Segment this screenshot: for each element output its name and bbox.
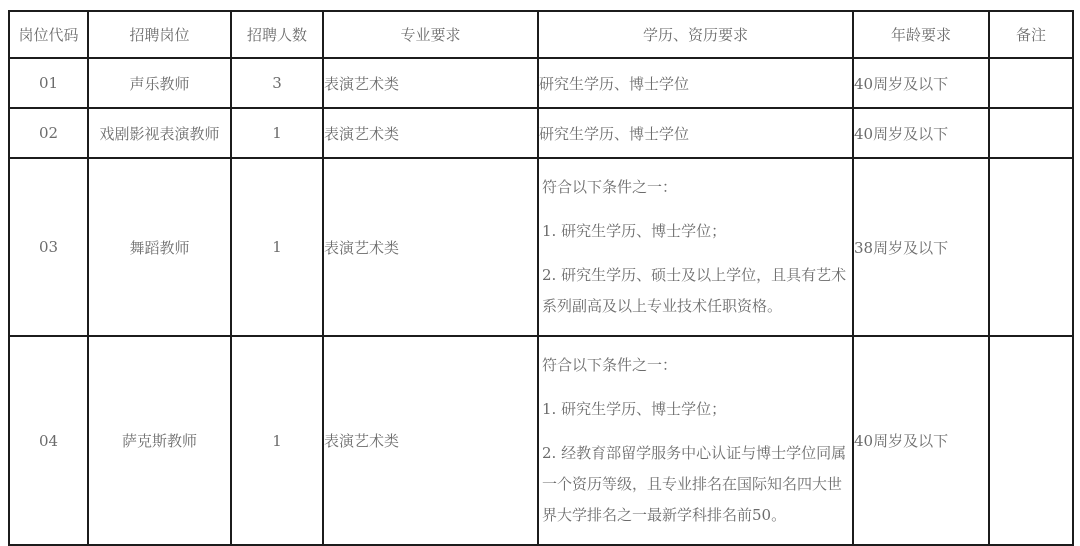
header-cell-position: 招聘岗位 bbox=[88, 11, 231, 58]
cell-major: 表演艺术类 bbox=[323, 108, 538, 158]
cell-qualification: 符合以下条件之一： 1. 研究生学历、博士学位； 2. 经教育部留学服务中心认证… bbox=[538, 336, 853, 540]
cell-age: 38周岁及以下 bbox=[853, 158, 989, 336]
cell-code: 02 bbox=[9, 108, 88, 158]
table-row: 01 声乐教师 3 表演艺术类 研究生学历、博士学位 40周岁及以下 bbox=[9, 58, 1073, 108]
cell-position: 戏剧影视表演教师 bbox=[88, 108, 231, 158]
recruitment-table-container: 岗位代码 招聘岗位 招聘人数 专业要求 学历、资历要求 年龄要求 备注 01 声… bbox=[8, 10, 1074, 540]
cell-age: 40周岁及以下 bbox=[853, 58, 989, 108]
header-cell-age: 年龄要求 bbox=[853, 11, 989, 58]
cell-qualification: 研究生学历、博士学位 bbox=[538, 58, 853, 108]
cell-code: 01 bbox=[9, 58, 88, 108]
cell-code: 03 bbox=[9, 158, 88, 336]
cell-age: 40周岁及以下 bbox=[853, 336, 989, 540]
table-row: 02 戏剧影视表演教师 1 表演艺术类 研究生学历、博士学位 40周岁及以下 bbox=[9, 108, 1073, 158]
cell-remark bbox=[989, 58, 1073, 108]
qualification-line: 符合以下条件之一： bbox=[542, 350, 852, 381]
cell-qualification: 研究生学历、博士学位 bbox=[538, 108, 853, 158]
cell-major: 表演艺术类 bbox=[323, 58, 538, 108]
cell-headcount: 1 bbox=[231, 158, 323, 336]
header-cell-code: 岗位代码 bbox=[9, 11, 88, 58]
cell-qualification: 符合以下条件之一： 1. 研究生学历、博士学位； 2. 研究生学历、硕士及以上学… bbox=[538, 158, 853, 336]
table-row: 03 舞蹈教师 1 表演艺术类 符合以下条件之一： 1. 研究生学历、博士学位；… bbox=[9, 158, 1073, 336]
header-cell-remark: 备注 bbox=[989, 11, 1073, 58]
cell-remark bbox=[989, 108, 1073, 158]
header-cell-major: 专业要求 bbox=[323, 11, 538, 58]
header-row: 岗位代码 招聘岗位 招聘人数 专业要求 学历、资历要求 年龄要求 备注 bbox=[9, 11, 1073, 58]
cell-headcount: 3 bbox=[231, 58, 323, 108]
qualification-line: 2. 经教育部留学服务中心认证与博士学位同属一个资历等级，且专业排名在国际知名四… bbox=[542, 438, 852, 531]
qualification-line: 2. 研究生学历、硕士及以上学位，且具有艺术系列副高及以上专业技术任职资格。 bbox=[542, 260, 852, 322]
cell-headcount: 1 bbox=[231, 336, 323, 540]
cell-headcount: 1 bbox=[231, 108, 323, 158]
cell-remark bbox=[989, 336, 1073, 540]
qualification-line: 1. 研究生学历、博士学位； bbox=[542, 394, 852, 425]
header-cell-qualification: 学历、资历要求 bbox=[538, 11, 853, 58]
cell-remark bbox=[989, 158, 1073, 336]
recruitment-table: 岗位代码 招聘岗位 招聘人数 专业要求 学历、资历要求 年龄要求 备注 01 声… bbox=[8, 10, 1074, 540]
qualification-line: 符合以下条件之一： bbox=[542, 172, 852, 203]
cell-position: 舞蹈教师 bbox=[88, 158, 231, 336]
cell-major: 表演艺术类 bbox=[323, 336, 538, 540]
cell-major: 表演艺术类 bbox=[323, 158, 538, 336]
qualification-line: 1. 研究生学历、博士学位； bbox=[542, 216, 852, 247]
cell-age: 40周岁及以下 bbox=[853, 108, 989, 158]
cell-code: 04 bbox=[9, 336, 88, 540]
header-cell-headcount: 招聘人数 bbox=[231, 11, 323, 58]
cell-position: 声乐教师 bbox=[88, 58, 231, 108]
cell-position: 萨克斯教师 bbox=[88, 336, 231, 540]
table-row: 04 萨克斯教师 1 表演艺术类 符合以下条件之一： 1. 研究生学历、博士学位… bbox=[9, 336, 1073, 540]
